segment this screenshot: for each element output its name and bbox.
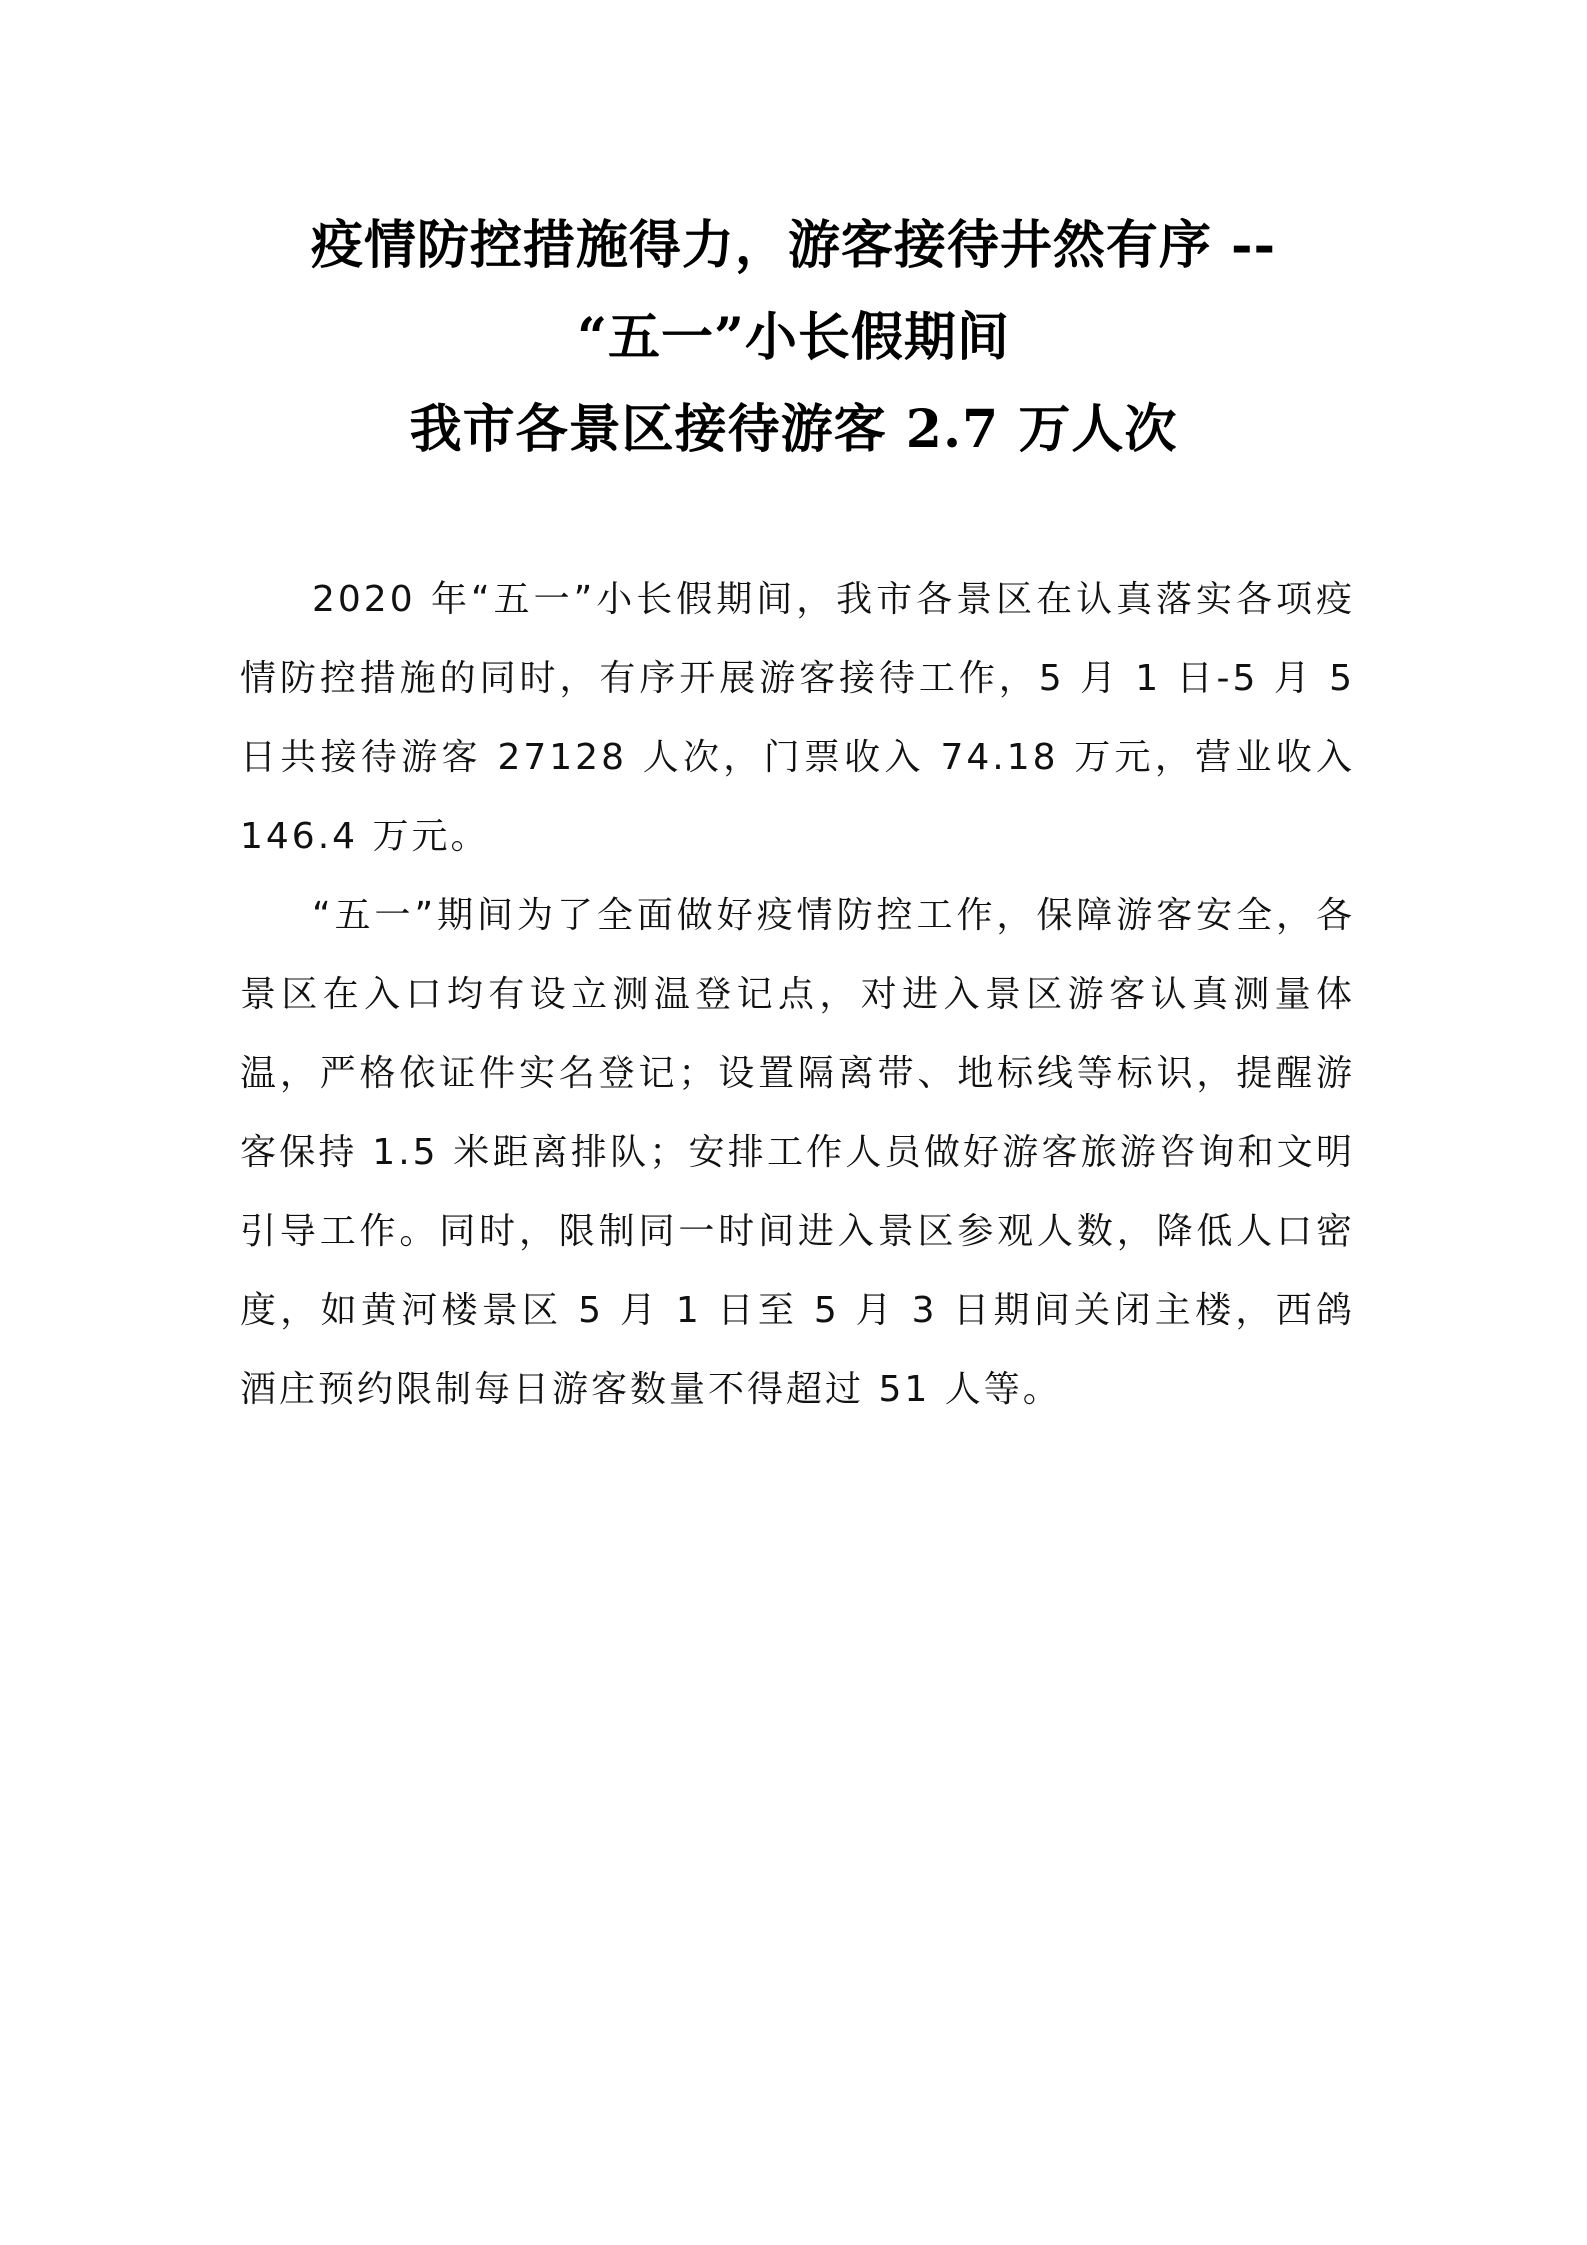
document-title: 疫情防控措施得力，游客接待井然有序 -- “五一”小长假期间 我市各景区接待游客… xyxy=(200,200,1387,476)
paragraph-summary: 2020 年“五一”小长假期间，我市各景区在认真落实各项疫情防控措施的同时，有序… xyxy=(240,560,1355,876)
title-line-1: 疫情防控措施得力，游客接待井然有序 -- xyxy=(200,200,1387,292)
title-line-3: 我市各景区接待游客 2.7 万人次 xyxy=(200,384,1387,476)
document-body: 2020 年“五一”小长假期间，我市各景区在认真落实各项疫情防控措施的同时，有序… xyxy=(240,560,1355,1429)
document-page: 疫情防控措施得力，游客接待井然有序 -- “五一”小长假期间 我市各景区接待游客… xyxy=(0,0,1587,2245)
title-line-2: “五一”小长假期间 xyxy=(200,292,1387,384)
paragraph-measures: “五一”期间为了全面做好疫情防控工作，保障游客安全，各景区在入口均有设立测温登记… xyxy=(240,876,1355,1429)
